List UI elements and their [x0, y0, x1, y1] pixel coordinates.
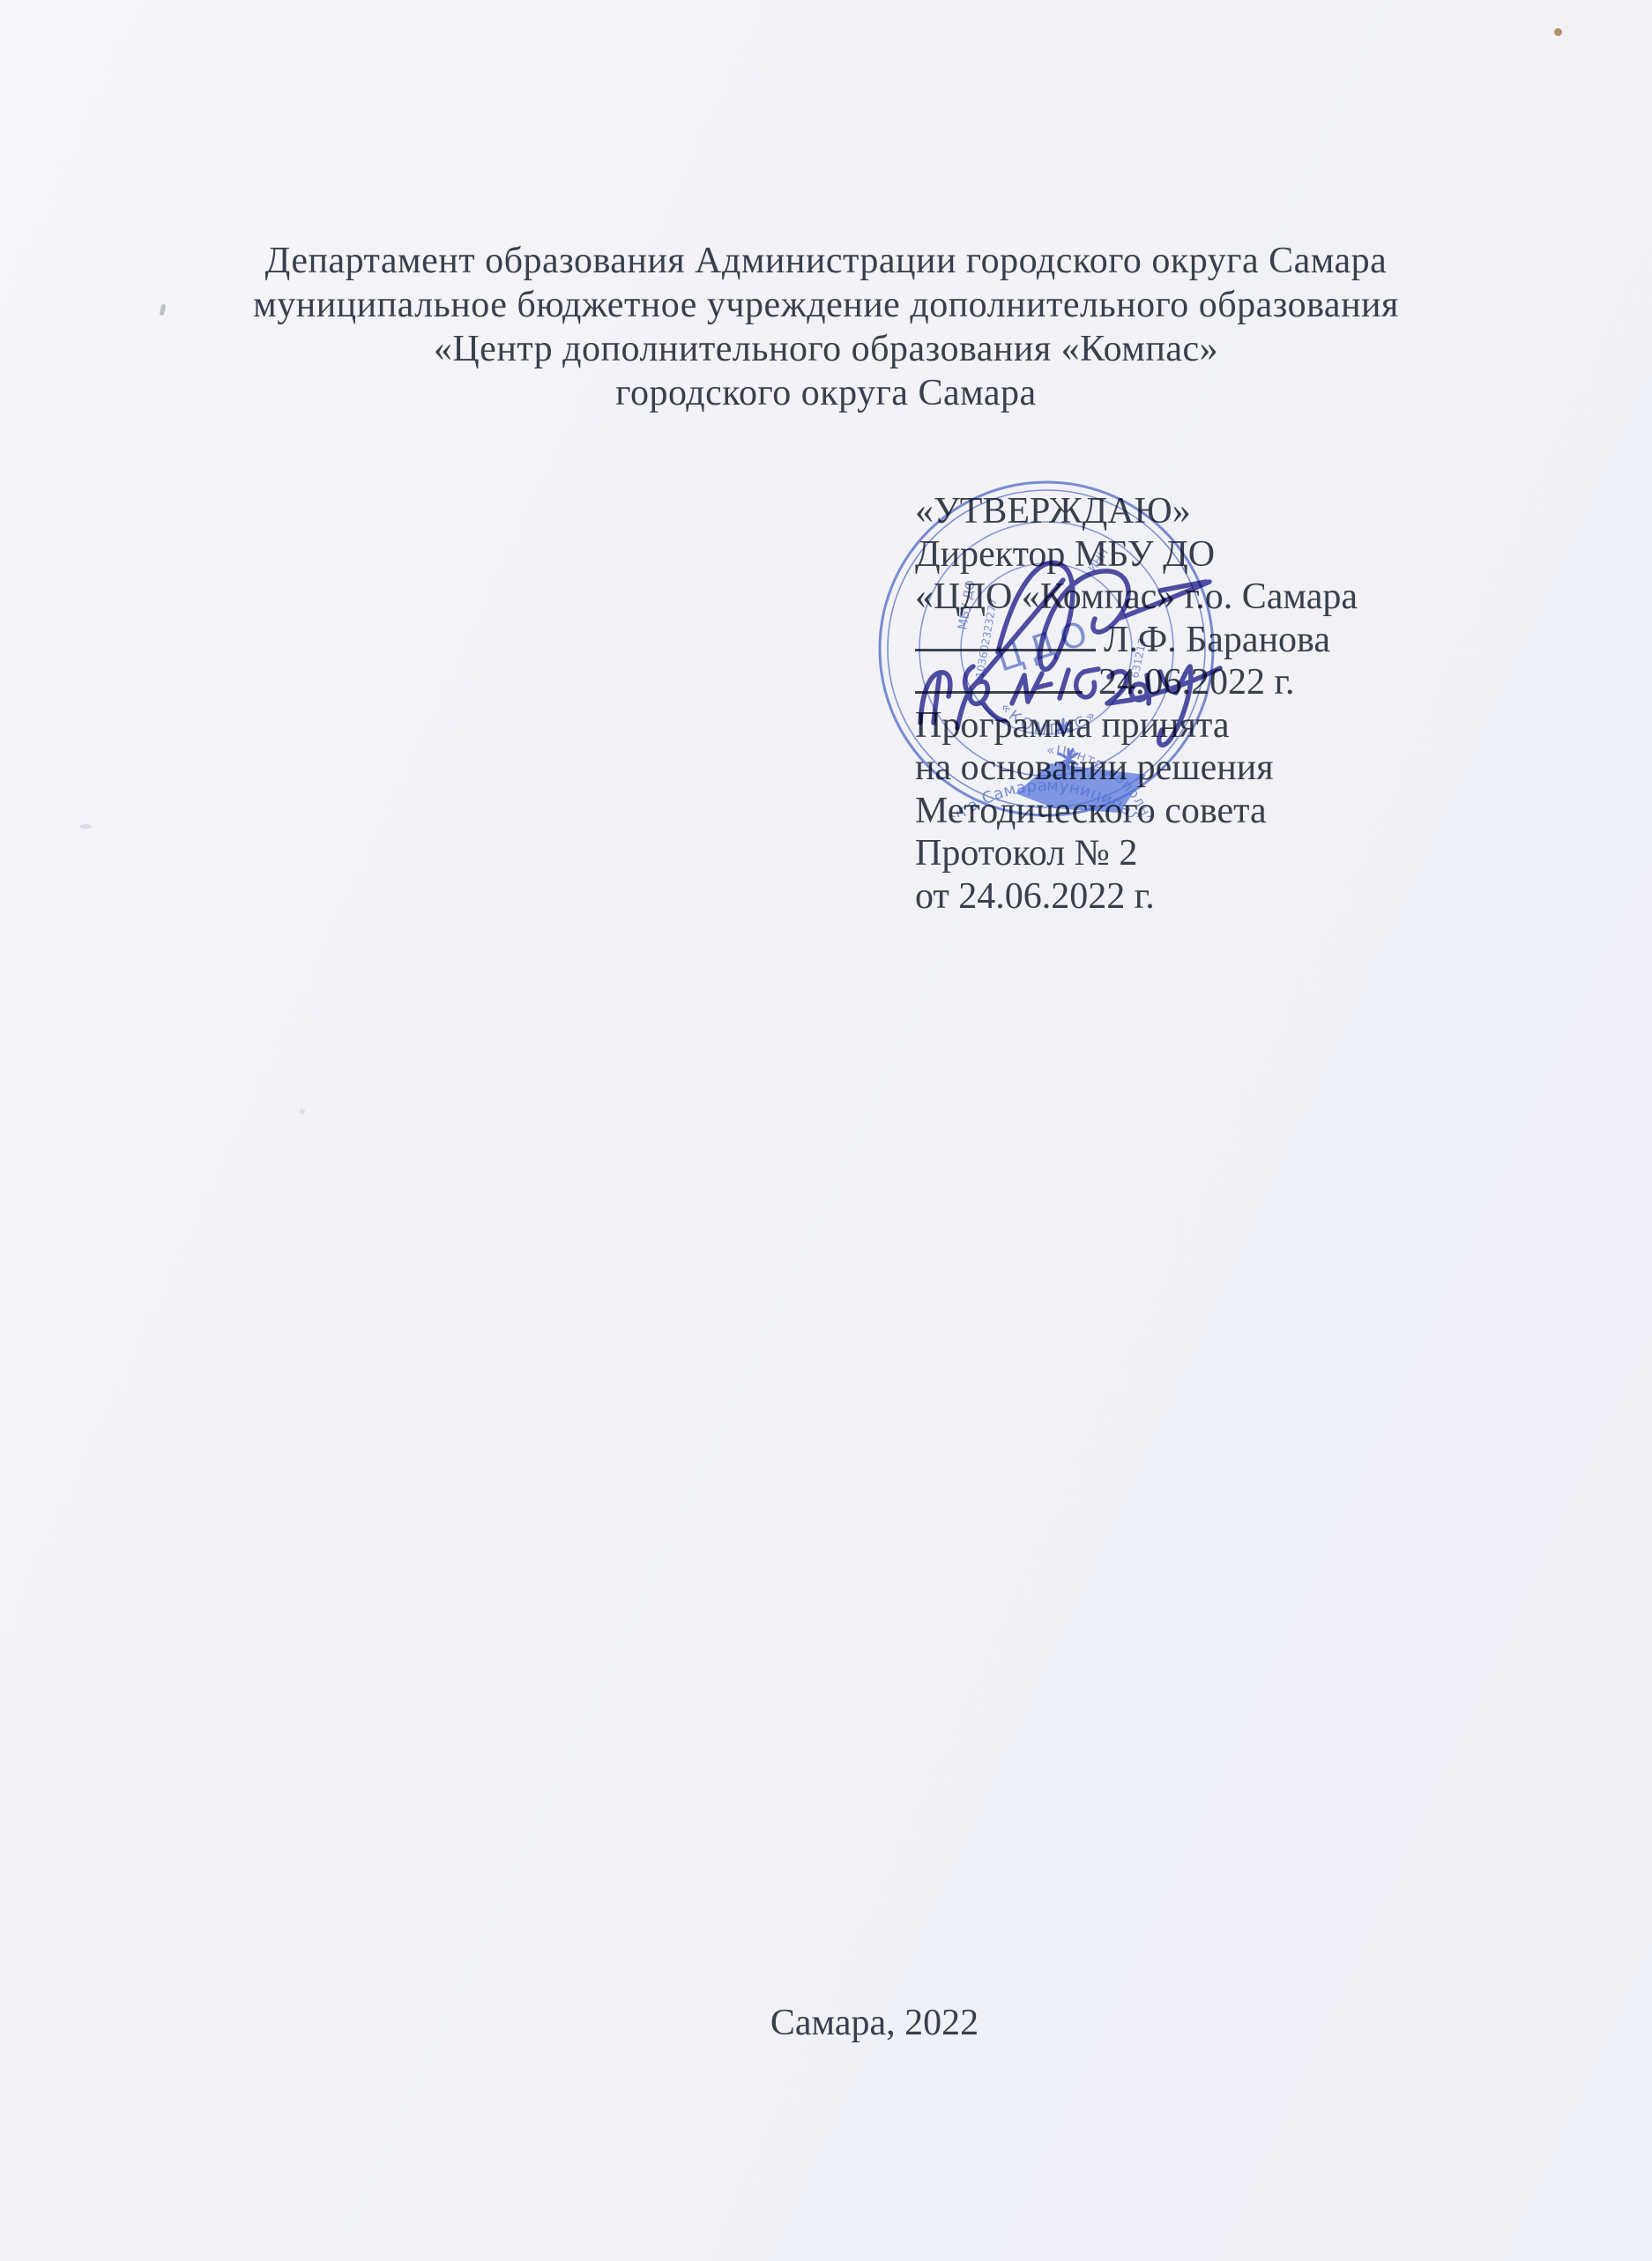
acceptance-line-4: Протокол № 2 [915, 832, 1358, 875]
acceptance-line-5: от 24.06.2022 г. [915, 875, 1358, 919]
scan-speck [300, 1109, 305, 1114]
org-header-line-2: муниципальное бюджетное учреждение допол… [0, 283, 1652, 327]
scan-speck [1554, 28, 1562, 36]
org-header-line-4: городского округа Самара [0, 371, 1652, 415]
scanned-title-page: Департамент образования Администрации го… [0, 0, 1652, 2261]
org-header-line-1: Департамент образования Администрации го… [0, 239, 1652, 283]
handwritten-signature [899, 520, 1278, 776]
scan-speck [79, 824, 92, 829]
org-header: Департамент образования Администрации го… [0, 239, 1652, 415]
org-header-line-3: «Центр дополнительного образования «Комп… [0, 327, 1652, 371]
footer-city-year: Самара, 2022 [0, 2002, 1652, 2044]
